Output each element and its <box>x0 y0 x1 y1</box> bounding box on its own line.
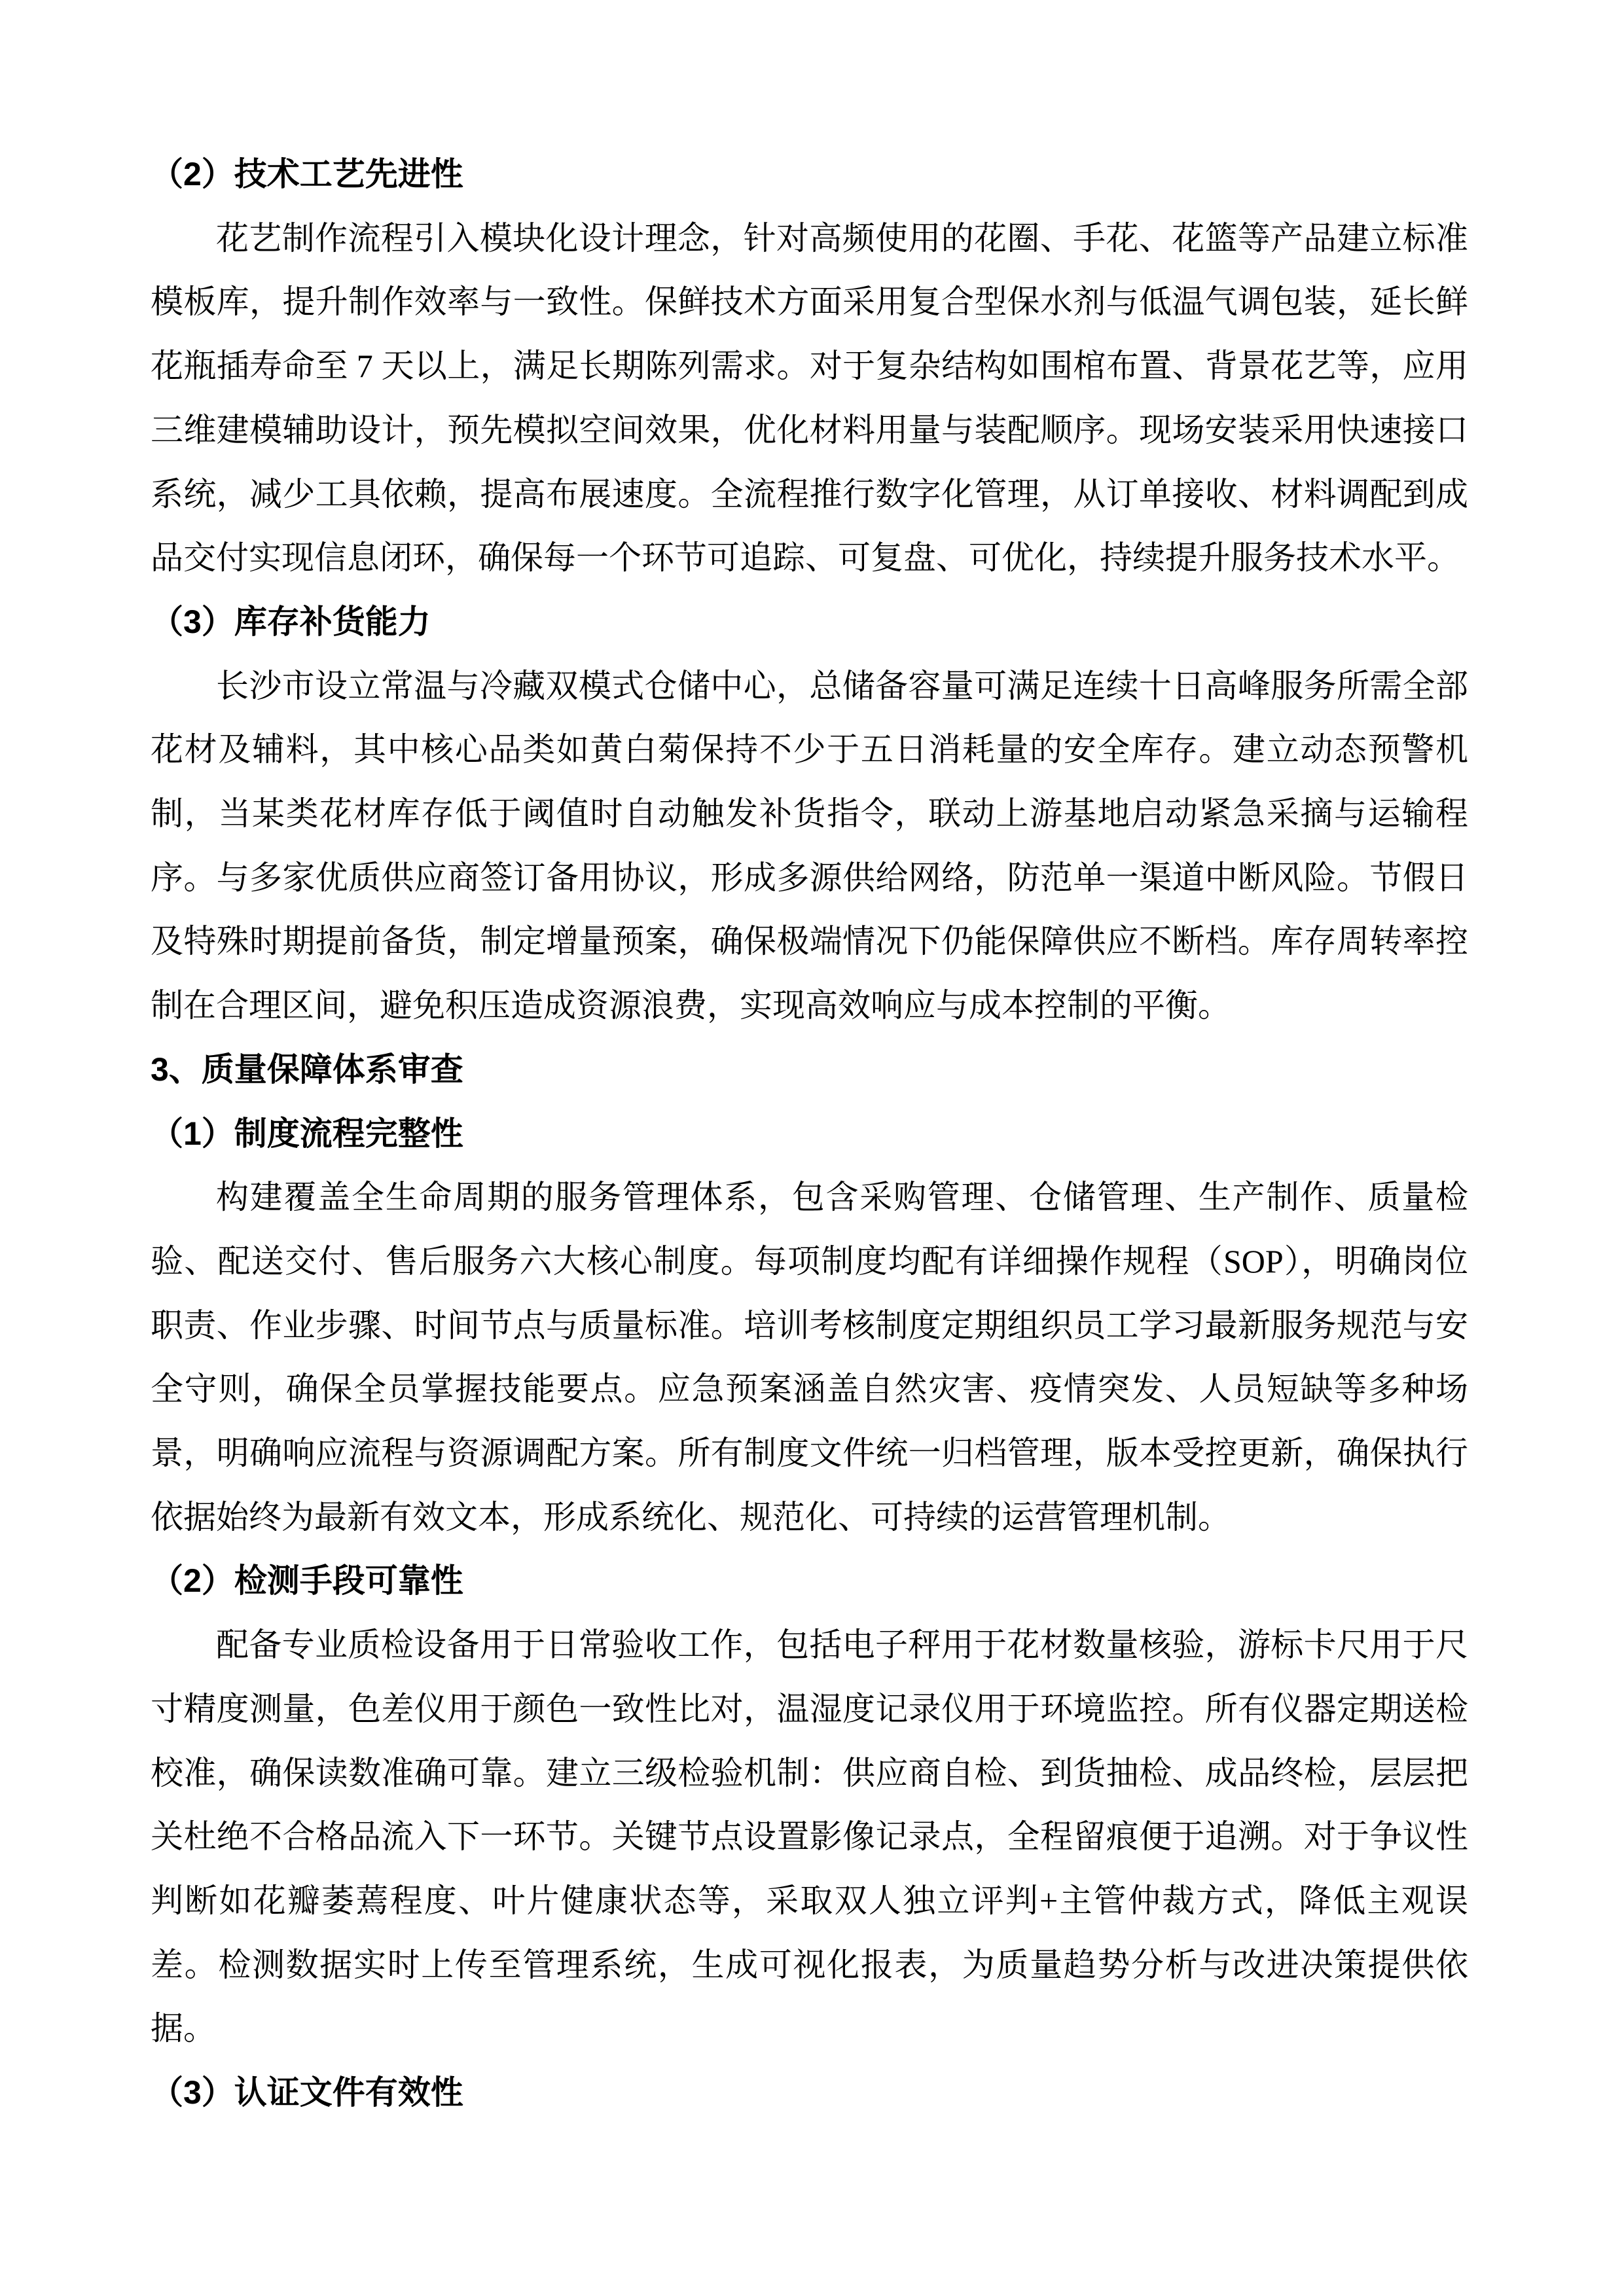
section-heading: （2）技术工艺先进性 <box>151 143 1468 207</box>
section-heading: （3）库存补货能力 <box>151 590 1468 655</box>
paragraph-line: 花材及辅料，其中核心品类如黄白菊保持不少于五日消耗量的安全库存。建立动态预警机 <box>151 718 1468 782</box>
paragraph-line: 关杜绝不合格品流入下一环节。关键节点设置影像记录点，全程留痕便于追溯。对于争议性 <box>151 1805 1468 1869</box>
paragraph: 配备专业质检设备用于日常验收工作，包括电子秤用于花材数量核验，游标卡尺用于尺寸精… <box>151 1613 1468 2061</box>
section-heading: 3、质量保障体系审查 <box>151 1038 1468 1102</box>
paragraph-line: 系统，减少工具依赖，提高布展速度。全流程推行数字化管理，从订单接收、材料调配到成 <box>151 463 1468 527</box>
section-heading: （2）检测手段可靠性 <box>151 1549 1468 1613</box>
paragraph: 花艺制作流程引入模块化设计理念，针对高频使用的花圈、手花、花篮等产品建立标准模板… <box>151 207 1468 590</box>
paragraph-line: 判断如花瓣萎蔫程度、叶片健康状态等，采取双人独立评判+主管仲裁方式，降低主观误 <box>151 1869 1468 1933</box>
paragraph-line: 寸精度测量，色差仪用于颜色一致性比对，温湿度记录仪用于环境监控。所有仪器定期送检 <box>151 1677 1468 1742</box>
paragraph-line: 序。与多家优质供应商签订备用协议，形成多源供给网络，防范单一渠道中断风险。节假日 <box>151 846 1468 910</box>
paragraph-line: 品交付实现信息闭环，确保每一个环节可追踪、可复盘、可优化，持续提升服务技术水平。 <box>151 526 1468 590</box>
section-heading: （1）制度流程完整性 <box>151 1102 1468 1166</box>
paragraph-line: 依据始终为最新有效文本，形成系统化、规范化、可持续的运营管理机制。 <box>151 1486 1468 1550</box>
paragraph-line: 全守则，确保全员掌握技能要点。应急预案涵盖自然灾害、疫情突发、人员短缺等多种场 <box>151 1357 1468 1422</box>
paragraph-line: 校准，确保读数准确可靠。建立三级检验机制：供应商自检、到货抽检、成品终检，层层把 <box>151 1742 1468 1806</box>
paragraph-line: 长沙市设立常温与冷藏双模式仓储中心，总储备容量可满足连续十日高峰服务所需全部 <box>151 655 1468 719</box>
paragraph-line: 花瓶插寿命至 7 天以上，满足长期陈列需求。对于复杂结构如围棺布置、背景花艺等，… <box>151 334 1468 399</box>
paragraph-line: 职责、作业步骤、时间节点与质量标准。培训考核制度定期组织员工学习最新服务规范与安 <box>151 1294 1468 1358</box>
paragraph-line: 模板库，提升制作效率与一致性。保鲜技术方面采用复合型保水剂与低温气调包装，延长鲜 <box>151 270 1468 334</box>
paragraph-line: 花艺制作流程引入模块化设计理念，针对高频使用的花圈、手花、花篮等产品建立标准 <box>151 207 1468 271</box>
section-heading: （3）认证文件有效性 <box>151 2061 1468 2125</box>
document-content: （2）技术工艺先进性花艺制作流程引入模块化设计理念，针对高频使用的花圈、手花、花… <box>151 143 1468 2125</box>
paragraph-line: 制，当某类花材库存低于阈值时自动触发补货指令，联动上游基地启动紧急采摘与运输程 <box>151 782 1468 846</box>
paragraph-line: 及特殊时期提前备货，制定增量预案，确保极端情况下仍能保障供应不断档。库存周转率控 <box>151 910 1468 974</box>
paragraph-line: 验、配送交付、售后服务六大核心制度。每项制度均配有详细操作规程（SOP），明确岗… <box>151 1230 1468 1294</box>
document-page: （2）技术工艺先进性花艺制作流程引入模块化设计理念，针对高频使用的花圈、手花、花… <box>0 0 1624 2296</box>
paragraph: 长沙市设立常温与冷藏双模式仓储中心，总储备容量可满足连续十日高峰服务所需全部花材… <box>151 655 1468 1038</box>
paragraph-line: 配备专业质检设备用于日常验收工作，包括电子秤用于花材数量核验，游标卡尺用于尺 <box>151 1613 1468 1677</box>
paragraph-line: 三维建模辅助设计，预先模拟空间效果，优化材料用量与装配顺序。现场安装采用快速接口 <box>151 399 1468 463</box>
paragraph-line: 景，明确响应流程与资源调配方案。所有制度文件统一归档管理，版本受控更新，确保执行 <box>151 1422 1468 1486</box>
paragraph-line: 差。检测数据实时上传至管理系统，生成可视化报表，为质量趋势分析与改进决策提供依 <box>151 1933 1468 1998</box>
paragraph-line: 构建覆盖全生命周期的服务管理体系，包含采购管理、仓储管理、生产制作、质量检 <box>151 1166 1468 1230</box>
paragraph-line: 据。 <box>151 1997 1468 2061</box>
paragraph: 构建覆盖全生命周期的服务管理体系，包含采购管理、仓储管理、生产制作、质量检验、配… <box>151 1166 1468 1549</box>
paragraph-line: 制在合理区间，避免积压造成资源浪费，实现高效响应与成本控制的平衡。 <box>151 974 1468 1038</box>
